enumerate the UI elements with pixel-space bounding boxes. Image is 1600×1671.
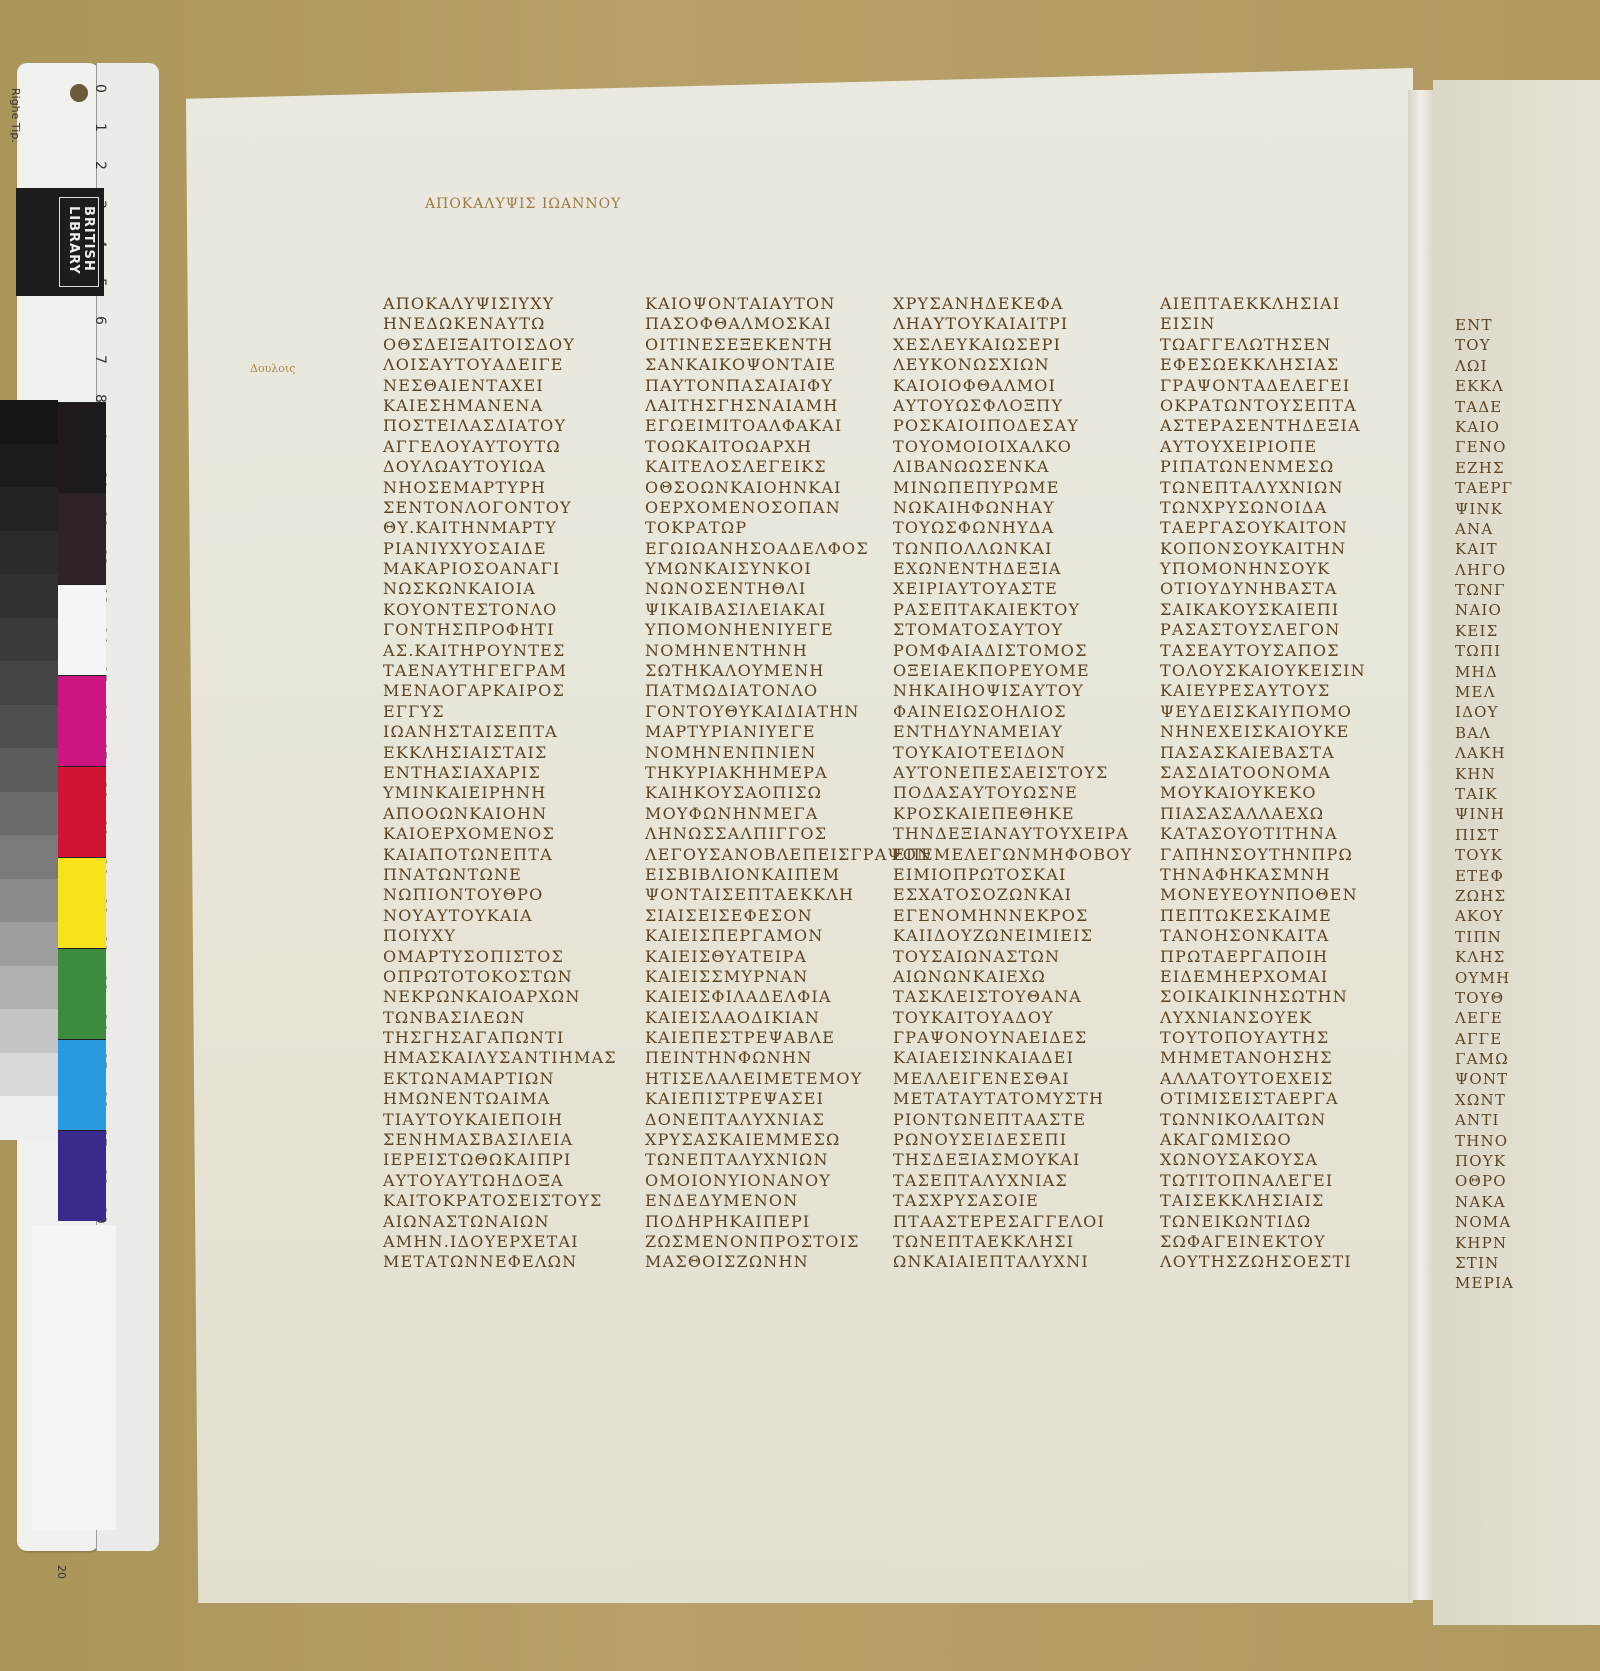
text-line: ΟΘΣΔΕΙΞΑΙΤΟΙΣΔΟΥ bbox=[383, 335, 623, 355]
text-line: ΧΕΣΛΕΥΚΑΙΩΣΕΡΙ bbox=[893, 335, 1133, 355]
text-line: ΟΙΤΙΝΕΣΕΞΕΚΕΝΤΗ bbox=[645, 335, 885, 355]
text-line: ΨΟΝΤΑΙΣΕΠΤΑΕΚΚΛΗ bbox=[645, 885, 885, 905]
text-column-2: ΚΑΙΟΨΟΝΤΑΙΑΥΤΟΝΠΑΣΟΦΘΑΛΜΟΣΚΑΙΟΙΤΙΝΕΣΕΞΕΚ… bbox=[645, 294, 885, 1273]
text-line: ΛΗΑΥΤΟΥΚΑΙΑΙΤΡΙ bbox=[893, 314, 1133, 334]
text-line: ΕΝΤ bbox=[1455, 315, 1600, 335]
text-line: ΟΕΡΧΟΜΕΝΟΣΟΠΑΝ bbox=[645, 498, 885, 518]
text-line: ΛΟΥΤΗΣΖΩΗΣΟΕΣΤΙ bbox=[1160, 1252, 1400, 1272]
text-line: ΕΓΩΙΩΑΝΗΣΟΑΔΕΛΦΟΣ bbox=[645, 539, 885, 559]
text-line: ΛΕΓΟΥΣΑΝΟΒΛΕΠΕΙΣΓΡΑΨΟΝ bbox=[645, 845, 885, 865]
text-line: ΛΙΒΑΝΩΩΣΕΝΚΑ bbox=[893, 457, 1133, 477]
text-line: ΤΩΝΒΑΣΙΛΕΩΝ bbox=[383, 1008, 623, 1028]
text-line: ΑΚΑΓΩΜΙΣΩΟ bbox=[1160, 1130, 1400, 1150]
color-patch bbox=[58, 1130, 106, 1221]
ruler-hole bbox=[70, 84, 88, 102]
color-patch bbox=[58, 493, 106, 584]
text-line: ΑΥΤΟΝΕΠΕΣΑΕΙΣΤΟΥΣ bbox=[893, 763, 1133, 783]
text-line: ΟΞΕΙΑΕΚΠΟΡΕΥΟΜΕ bbox=[893, 661, 1133, 681]
text-line: ΣΤΟΜΑΤΟΣΑΥΤΟΥ bbox=[893, 620, 1133, 640]
text-line: ΤΑΣΚΛΕΙΣΤΟΥΘΑΝΑ bbox=[893, 987, 1133, 1007]
text-line: ΨΙΝΗ bbox=[1455, 804, 1600, 824]
text-line: ΠΕΠΤΩΚΕΣΚΑΙΜΕ bbox=[1160, 906, 1400, 926]
ruler-bottom-mark: 20 bbox=[55, 1565, 68, 1579]
text-line: ΕΚΚΛΗΣΙΑΙΣΤΑΙΣ bbox=[383, 743, 623, 763]
text-line: ΤΟΛΟΥΣΚΑΙΟΥΚΕΙΣΙΝ bbox=[1160, 661, 1400, 681]
text-line: ΤΟΥ bbox=[1455, 335, 1600, 355]
text-line: ΕΠΕΜΕΛΕΓΩΝΜΗΦΟΒΟΥ bbox=[893, 845, 1133, 865]
text-line: ΣΤΙΝ bbox=[1455, 1253, 1600, 1273]
text-line: ΝΕΚΡΩΝΚΑΙΟΑΡΧΩΝ bbox=[383, 987, 623, 1007]
ruler-mark: 6 bbox=[92, 316, 108, 325]
text-line: ΗΤΙΣΕΛΑΛΕΙΜΕΤΕΜΟΥ bbox=[645, 1069, 885, 1089]
text-line: ΠΑΥΤΟΝΠΑΣΑΙΑΙΦΥ bbox=[645, 376, 885, 396]
text-line: ΕΙΣΒΙΒΛΙΟΝΚΑΙΠΕΜ bbox=[645, 865, 885, 885]
text-line: ΤΩΝΠΟΛΛΩΝΚΑΙ bbox=[893, 539, 1133, 559]
text-line: ΑΣ.ΚΑΙΤΗΡΟΥΝΤΕΣ bbox=[383, 641, 623, 661]
text-line: ΒΑΛ bbox=[1455, 723, 1600, 743]
text-line: ΨΟΝΤ bbox=[1455, 1069, 1600, 1089]
text-line: ΤΗΝΟ bbox=[1455, 1131, 1600, 1151]
text-line: ΠΑΣΑΣΚΑΙΕΒΑΣΤΑ bbox=[1160, 743, 1400, 763]
text-line: ΛΗΝΩΣΣΑΛΠΙΓΓΟΣ bbox=[645, 824, 885, 844]
text-line: ΠΟΔΑΣΑΥΤΟΥΩΣΝΕ bbox=[893, 783, 1133, 803]
text-line: ΕΤΕΦ bbox=[1455, 866, 1600, 886]
text-line: ΤΗΣΓΗΣΑΓΑΠΩΝΤΙ bbox=[383, 1028, 623, 1048]
text-line: ΤΩΝΓ bbox=[1455, 580, 1600, 600]
grayscale-chart bbox=[0, 400, 58, 1140]
text-line: ΚΑΙΕΙΣΠΕΡΓΑΜΟΝ bbox=[645, 926, 885, 946]
gray-patch bbox=[0, 792, 58, 836]
text-line: ΝΩΠΙΟΝΤΟΥΘΡΟ bbox=[383, 885, 623, 905]
gray-patch bbox=[0, 661, 58, 705]
ruler-mark: 2 bbox=[92, 161, 108, 170]
text-line: ΛΑΚΗ bbox=[1455, 743, 1600, 763]
british-library-badge: BRITISH LIBRARY bbox=[16, 188, 104, 296]
text-line: ΟΘΣΟΩΝΚΑΙΟΗΝΚΑΙ bbox=[645, 478, 885, 498]
text-line: ΤΑΙΣΕΚΚΛΗΣΙΑΙΣ bbox=[1160, 1191, 1400, 1211]
text-line: ΥΠΟΜΟΝΗΝΣΟΥΚ bbox=[1160, 559, 1400, 579]
facing-page-column: ΕΝΤΤΟΥΛΩΙΕΚΚΛΤΑΔΕΚΑΙΟΓΕΝΟΕΖΗΣΤΑΕΡΓΨΙΝΚΑΝ… bbox=[1455, 315, 1600, 1294]
text-line: ΚΑΙΕΙΣΘΥΑΤΕΙΡΑ bbox=[645, 947, 885, 967]
text-line: ΜΙΝΩΠΕΠΥΡΩΜΕ bbox=[893, 478, 1133, 498]
text-line: ΧΩΝΤ bbox=[1455, 1090, 1600, 1110]
text-line: ΡΙΟΝΤΩΝΕΠΤΑΑΣΤΕ bbox=[893, 1110, 1133, 1130]
text-line: ΚΑΙΟ bbox=[1455, 417, 1600, 437]
text-line: ΤΩΝΕΙΚΩΝΤΙΔΩ bbox=[1160, 1212, 1400, 1232]
text-line: ΚΕΙΣ bbox=[1455, 621, 1600, 641]
text-line: ΤΟΥΩΣΦΩΝΗΥΔΑ bbox=[893, 518, 1133, 538]
text-line: ΝΟΜΗΝΕΝΠΝΙΕΝ bbox=[645, 743, 885, 763]
text-line: ΑΙΩΝΑΣΤΩΝΑΙΩΝ bbox=[383, 1212, 623, 1232]
text-line: ΧΩΝΟΥΣΑΚΟΥΣΑ bbox=[1160, 1150, 1400, 1170]
text-line: ΚΑΙΕΥΡΕΣΑΥΤΟΥΣ bbox=[1160, 681, 1400, 701]
text-line: ΑΥΤΟΥΩΣΦΛΟΞΠΥ bbox=[893, 396, 1133, 416]
text-line: ΤΗΝΑΦΗΚΑΣΜΝΗ bbox=[1160, 865, 1400, 885]
text-line: ΕΓΩΕΙΜΙΤΟΑΛΦΑΚΑΙ bbox=[645, 416, 885, 436]
text-line: ΤΙΠΝ bbox=[1455, 927, 1600, 947]
text-line: ΡΙΠΑΤΩΝΕΝΜΕΣΩ bbox=[1160, 457, 1400, 477]
text-line: ΛΩΙ bbox=[1455, 356, 1600, 376]
text-line: ΜΕΡΙΑ bbox=[1455, 1273, 1600, 1293]
text-line: ΡΑΣΑΣΤΟΥΣΛΕΓΟΝ bbox=[1160, 620, 1400, 640]
text-line: ΜΕΛ bbox=[1455, 682, 1600, 702]
text-line: ΚΑΙΕΠΕΣΤΡΕΨΑΒΛΕ bbox=[645, 1028, 885, 1048]
text-line: ΧΡΥΣΑΝΗΔΕΚΕΦΑ bbox=[893, 294, 1133, 314]
text-line: ΛΕΓΕ bbox=[1455, 1008, 1600, 1028]
text-line: ΣΩΦΑΓΕΙΝΕΚΤΟΥ bbox=[1160, 1232, 1400, 1252]
ruler-mark: 7 bbox=[92, 355, 108, 364]
color-patch bbox=[58, 675, 106, 766]
text-line: ΑΠΟΟΩΝΚΑΙΟΗΝ bbox=[383, 804, 623, 824]
text-line: ΣΕΝΤΟΝΛΟΓΟΝΤΟΥ bbox=[383, 498, 623, 518]
text-line: ΤΩΝΕΠΤΑΛΥΧΝΙΩΝ bbox=[645, 1150, 885, 1170]
text-line: ΚΑΙΤΕΛΟΣΛΕΓΕΙΚΣ bbox=[645, 457, 885, 477]
gray-patch bbox=[0, 1009, 58, 1053]
text-line: ΣΑΣΔΙΑΤΟΟΝΟΜΑ bbox=[1160, 763, 1400, 783]
color-patch bbox=[58, 584, 106, 675]
text-line: ΡΙΑΝΙΥΧΥΟΣΑΙΔΕ bbox=[383, 539, 623, 559]
text-line: ΥΜΩΝΚΑΙΣΥΝΚΟΙ bbox=[645, 559, 885, 579]
text-line: ΠΙΣΤ bbox=[1455, 825, 1600, 845]
text-line: ΜΑΡΤΥΡΙΑΝΙΥΕΓΕ bbox=[645, 722, 885, 742]
text-line: ΚΑΙΕΠΙΣΤΡΕΨΑΣΕΙ bbox=[645, 1089, 885, 1109]
text-line: ΤΟΚΡΑΤΩΡ bbox=[645, 518, 885, 538]
text-line: ΩΝΚΑΙΑΙΕΠΤΑΛΥΧΝΙ bbox=[893, 1252, 1133, 1272]
text-line: ΙΕΡΕΙΣΤΩΘΩΚΑΙΠΡΙ bbox=[383, 1150, 623, 1170]
text-line: ΡΑΣΕΠΤΑΚΑΙΕΚΤΟΥ bbox=[893, 600, 1133, 620]
text-line: ΝΕΣΘΑΙΕΝΤΑΧΕΙ bbox=[383, 376, 623, 396]
text-line: ΤΩΝΝΙΚΟΛΑΙΤΩΝ bbox=[1160, 1110, 1400, 1130]
text-line: ΠΑΣΟΦΘΑΛΜΟΣΚΑΙ bbox=[645, 314, 885, 334]
running-title: ΑΠΟΚΑΛΥΨΙΣ ΙΩΑΝΝΟΥ bbox=[425, 196, 621, 212]
text-line: ΟΚΡΑΤΩΝΤΟΥΣΕΠΤΑ bbox=[1160, 396, 1400, 416]
ruler-secondary-label: Righe Tip. bbox=[9, 88, 22, 143]
text-line: ΔΟΥΛΩΑΥΤΟΥΙΩΑ bbox=[383, 457, 623, 477]
text-line: ΠΟΙΥΧΥ bbox=[383, 926, 623, 946]
text-line: ΤΟΥΣΑΙΩΝΑΣΤΩΝ bbox=[893, 947, 1133, 967]
text-line: ΕΖΗΣ bbox=[1455, 458, 1600, 478]
text-line: ΜΑΚΑΡΙΟΣΟΑΝΑΓΙ bbox=[383, 559, 623, 579]
text-line: ΕΝΔΕΔΥΜΕΝΟΝ bbox=[645, 1191, 885, 1211]
text-line: ΜΕΝΑΟΓΑΡΚΑΙΡΟΣ bbox=[383, 681, 623, 701]
text-line: ΠΟΔΗΡΗΚΑΙΠΕΡΙ bbox=[645, 1212, 885, 1232]
text-line: ΛΑΙΤΗΣΓΗΣΝΑΙΑΜΗ bbox=[645, 396, 885, 416]
text-line: ΓΑΜΩ bbox=[1455, 1049, 1600, 1069]
gray-patch bbox=[0, 835, 58, 879]
text-line: ΣΙΑΙΣΕΙΣΕΦΕΣΟΝ bbox=[645, 906, 885, 926]
text-line: ΜΗΜΕΤΑΝΟΗΣΗΣ bbox=[1160, 1048, 1400, 1068]
text-line: ΤΑΕΡΓ bbox=[1455, 478, 1600, 498]
margin-note: Δουλοις bbox=[250, 362, 295, 375]
text-line: ΤΩΠΙ bbox=[1455, 641, 1600, 661]
text-line: ΡΟΜΦΑΙΑΔΙΣΤΟΜΟΣ bbox=[893, 641, 1133, 661]
gray-patch bbox=[0, 748, 58, 792]
text-line: ΤΟΥΚ bbox=[1455, 845, 1600, 865]
text-line: ΚΑΙΕΣΗΜΑΝΕΝΑ bbox=[383, 396, 623, 416]
text-line: ΕΝΤΗΔΥΝΑΜΕΙΑΥ bbox=[893, 722, 1133, 742]
text-line: ΕΧΩΝΕΝΤΗΔΕΞΙΑ bbox=[893, 559, 1133, 579]
text-line: ΚΑΙΑΕΙΣΙΝΚΑΙΑΔΕΙ bbox=[893, 1048, 1133, 1068]
text-line: ΨΙΝΚ bbox=[1455, 499, 1600, 519]
gray-patch bbox=[0, 618, 58, 662]
text-line: ΣΩΤΗΚΑΛΟΥΜΕΝΗ bbox=[645, 661, 885, 681]
color-patch bbox=[58, 402, 106, 493]
text-column-4: ΑΙΕΠΤΑΕΚΚΛΗΣΙΑΙΕΙΣΙΝΤΩΑΓΓΕΛΩΤΗΣΕΝΕΦΕΣΩΕΚ… bbox=[1160, 294, 1400, 1273]
text-line: ΕΓΓΥΣ bbox=[383, 702, 623, 722]
text-line: ΤΙΑΥΤΟΥΚΑΙΕΠΟΙΗ bbox=[383, 1110, 623, 1130]
text-line: ΠΤΑΑΣΤΕΡΕΣΑΓΓΕΛΟΙ bbox=[893, 1212, 1133, 1232]
text-line: ΟΤΙΟΥΔΥΝΗΒΑΣΤΑ bbox=[1160, 579, 1400, 599]
text-line: ΑΙΩΝΩΝΚΑΙΕΧΩ bbox=[893, 967, 1133, 987]
text-line: ΤΟΥΚΑΙΤΟΥΑΔΟΥ bbox=[893, 1008, 1133, 1028]
text-line: ΚΑΙΑΠΟΤΩΝΕΠΤΑ bbox=[383, 845, 623, 865]
text-line: ΤΩΝΕΠΤΑΛΥΧΝΙΩΝ bbox=[1160, 478, 1400, 498]
text-line: ΑΠΟΚΑΛΥΨΙΣΙΥΧΥ bbox=[383, 294, 623, 314]
text-line: ΣΑΝΚΑΙΚΟΨΟΝΤΑΙΕ bbox=[645, 355, 885, 375]
ruler-mark: 1 bbox=[92, 123, 108, 132]
text-line: ΑΜΗΝ.ΙΔΟΥΕΡΧΕΤΑΙ bbox=[383, 1232, 623, 1252]
text-line: ΗΜΩΝΕΝΤΩΑΙΜΑ bbox=[383, 1089, 623, 1109]
text-line: ΝΩΝΟΣΕΝΤΗΘΛΙ bbox=[645, 579, 885, 599]
text-line: ΠΙΑΣΑΣΑΛΛΑΕΧΩ bbox=[1160, 804, 1400, 824]
text-line: ΕΚΤΩΝΑΜΑΡΤΙΩΝ bbox=[383, 1069, 623, 1089]
text-line: ΜΗΔ bbox=[1455, 662, 1600, 682]
text-line: ΚΑΙΟΕΡΧΟΜΕΝΟΣ bbox=[383, 824, 623, 844]
text-line: ΚΑΙΕΙΣΛΑΟΔΙΚΙΑΝ bbox=[645, 1008, 885, 1028]
text-line: ΝΑΙΟ bbox=[1455, 600, 1600, 620]
text-line: ΝΩΚΑΙΗΦΩΝΗΑΥ bbox=[893, 498, 1133, 518]
text-line: ΠΕΙΝΤΗΝΦΩΝΗΝ bbox=[645, 1048, 885, 1068]
text-line: ΑΛΛΑΤΟΥΤΟΕΧΕΙΣ bbox=[1160, 1069, 1400, 1089]
gray-patch bbox=[0, 574, 58, 618]
text-line: ΣΑΙΚΑΚΟΥΣΚΑΙΕΠΙ bbox=[1160, 600, 1400, 620]
text-line: ΛΕΥΚΟΝΩΣΧΙΩΝ bbox=[893, 355, 1133, 375]
text-line: ΝΟΜΑ bbox=[1455, 1212, 1600, 1232]
text-line: ΕΝΤΗΑΣΙΑΧΑΡΙΣ bbox=[383, 763, 623, 783]
text-line: ΚΑΙΙΔΟΥΖΩΝΕΙΜΙΕΙΣ bbox=[893, 926, 1133, 946]
gray-patch bbox=[0, 922, 58, 966]
text-line: ΓΡΑΨΟΝΤΑΔΕΛΕΓΕΙ bbox=[1160, 376, 1400, 396]
text-line: ΑΙΕΠΤΑΕΚΚΛΗΣΙΑΙ bbox=[1160, 294, 1400, 314]
text-line: ΚΑΙΤΟΚΡΑΤΟΣΕΙΣΤΟΥΣ bbox=[383, 1191, 623, 1211]
text-line: ΝΗΟΣΕΜΑΡΤΥΡΗ bbox=[383, 478, 623, 498]
gray-patch bbox=[0, 444, 58, 488]
badge-text: BRITISH LIBRARY bbox=[66, 206, 96, 296]
text-line: ΤΗΝΔΕΞΙΑΝΑΥΤΟΥΧΕΙΡΑ bbox=[893, 824, 1133, 844]
text-line: ΥΠΟΜΟΝΗΕΝΙΥΕΓΕ bbox=[645, 620, 885, 640]
text-line: ΤΑΕΡΓΑΣΟΥΚΑΙΤΟΝ bbox=[1160, 518, 1400, 538]
text-line: ΝΟΥΑΥΤΟΥΚΑΙΑ bbox=[383, 906, 623, 926]
text-line: ΚΟΥΟΝΤΕΣΤΟΝΛΟ bbox=[383, 600, 623, 620]
text-line: ΤΑΣΕΑΥΤΟΥΣΑΠΟΣ bbox=[1160, 641, 1400, 661]
text-line: ΓΟΝΤΟΥΘΥΚΑΙΔΙΑΤΗΝ bbox=[645, 702, 885, 722]
text-line: ΕΣΧΑΤΟΣΟΖΩΝΚΑΙ bbox=[893, 885, 1133, 905]
text-line: ΤΩΝΧΡΥΣΩΝΟΙΔΑ bbox=[1160, 498, 1400, 518]
text-line: ΗΝΕΔΩΚΕΝΑΥΤΩ bbox=[383, 314, 623, 334]
text-line: ΟΤΙΜΙΣΕΙΣΤΑΕΡΓΑ bbox=[1160, 1089, 1400, 1109]
text-line: ΕΙΣΙΝ bbox=[1160, 314, 1400, 334]
text-line: ΣΟΙΚΑΙΚΙΝΗΣΩΤΗΝ bbox=[1160, 987, 1400, 1007]
text-line: ΜΟΥΚΑΙΟΥΚΕΚΟ bbox=[1160, 783, 1400, 803]
text-line: ΚΗΡΝ bbox=[1455, 1233, 1600, 1253]
text-line: ΤΟΩΚΑΙΤΟΩΑΡΧΗ bbox=[645, 437, 885, 457]
text-line: ΚΑΙΤ bbox=[1455, 539, 1600, 559]
text-line: ΑΣΤΕΡΑΣΕΝΤΗΔΕΞΙΑ bbox=[1160, 416, 1400, 436]
text-line: ΓΟΝΤΗΣΠΡΟΦΗΤΙ bbox=[383, 620, 623, 640]
text-line: ΤΑΕΝΑΥΤΗΓΕΓΡΑΜ bbox=[383, 661, 623, 681]
text-line: ΛΗΓΟ bbox=[1455, 560, 1600, 580]
text-line: ΕΙΔΕΜΗΕΡΧΟΜΑΙ bbox=[1160, 967, 1400, 987]
color-patch bbox=[58, 766, 106, 857]
text-line: ΡΩΝΟΥΣΕΙΔΕΣΕΠΙ bbox=[893, 1130, 1133, 1150]
text-line: ΓΕΝΟ bbox=[1455, 437, 1600, 457]
text-line: ΠΡΩΤΑΕΡΓΑΠΟΙΗ bbox=[1160, 947, 1400, 967]
text-line: ΘΥ.ΚΑΙΤΗΝΜΑΡΤΥ bbox=[383, 518, 623, 538]
text-line: ΣΕΝΗΜΑΣΒΑΣΙΛΕΙΑ bbox=[383, 1130, 623, 1150]
text-line: ΧΕΙΡΙΑΥΤΟΥΑΣΤΕ bbox=[893, 579, 1133, 599]
text-line: ΤΟΥΤΟΠΟΥΑΥΤΗΣ bbox=[1160, 1028, 1400, 1048]
text-line: ΕΙΜΙΟΠΡΩΤΟΣΚΑΙ bbox=[893, 865, 1133, 885]
text-line: ΟΘΡΟ bbox=[1455, 1171, 1600, 1191]
text-line: ΜΑΣΘΟΙΣΖΩΝΗΝ bbox=[645, 1252, 885, 1272]
text-line: ΜΕΤΑΤΩΝΝΕΦΕΛΩΝ bbox=[383, 1252, 623, 1272]
text-line: ΓΑΠΗΝΣΟΥΤΗΝΠΡΩ bbox=[1160, 845, 1400, 865]
text-line: ΤΩΑΓΓΕΛΩΤΗΣΕΝ bbox=[1160, 335, 1400, 355]
text-line: ΟΠΡΩΤΟΤΟΚΟΣΤΩΝ bbox=[383, 967, 623, 987]
text-line: ΖΩΣΜΕΝΟΝΠΡΟΣΤΟΙΣ bbox=[645, 1232, 885, 1252]
text-line: ΟΜΑΡΤΥΣΟΠΙΣΤΟΣ bbox=[383, 947, 623, 967]
gray-patch bbox=[0, 879, 58, 923]
text-line: ΚΑΤΑΣΟΥΟΤΙΤΗΝΑ bbox=[1160, 824, 1400, 844]
text-line: ΔΟΝΕΠΤΑΛΥΧΝΙΑΣ bbox=[645, 1110, 885, 1130]
text-line: ΤΟΥΟΜΟΙΟΙΧΑΛΚΟ bbox=[893, 437, 1133, 457]
text-line: ΚΗΝ bbox=[1455, 764, 1600, 784]
gray-patch bbox=[0, 531, 58, 575]
text-line: ΙΩΑΝΗΣΤΑΙΣΕΠΤΑ bbox=[383, 722, 623, 742]
text-line: ΙΔΟΥ bbox=[1455, 702, 1600, 722]
text-line: ΖΩΗΣ bbox=[1455, 886, 1600, 906]
text-line: ΕΦΕΣΩΕΚΚΛΗΣΙΑΣ bbox=[1160, 355, 1400, 375]
text-line: ΚΑΙΗΚΟΥΣΑΟΠΙΣΩ bbox=[645, 783, 885, 803]
text-line: ΤΟΥΚΑΙΟΤΕΕΙΔΟΝ bbox=[893, 743, 1133, 763]
text-line: ΤΗΚΥΡΙΑΚΗΗΜΕΡΑ bbox=[645, 763, 885, 783]
text-line: ΜΟΥΦΩΝΗΝΜΕΓΑ bbox=[645, 804, 885, 824]
text-column-1: ΑΠΟΚΑΛΥΨΙΣΙΥΧΥΗΝΕΔΩΚΕΝΑΥΤΩΟΘΣΔΕΙΞΑΙΤΟΙΣΔ… bbox=[383, 294, 623, 1273]
text-line: ΚΡΟΣΚΑΙΕΠΕΘΗΚΕ bbox=[893, 804, 1133, 824]
text-line: ΚΛΗΣ bbox=[1455, 947, 1600, 967]
color-patch bbox=[58, 1039, 106, 1130]
gray-patch bbox=[0, 487, 58, 531]
gray-patch bbox=[0, 705, 58, 749]
text-line: ΠΑΤΜΩΔΙΑΤΟΝΛΟ bbox=[645, 681, 885, 701]
text-line: ΡΟΣΚΑΙΟΙΠΟΔΕΣΑΥ bbox=[893, 416, 1133, 436]
text-line: ΚΑΙΟΨΟΝΤΑΙΑΥΤΟΝ bbox=[645, 294, 885, 314]
text-line: ΑΓΓΕΛΟΥΑΥΤΟΥΤΩ bbox=[383, 437, 623, 457]
text-line: ΤΑΝΟΗΣΟΝΚΑΙΤΑ bbox=[1160, 926, 1400, 946]
text-line: ΝΑΚΑ bbox=[1455, 1192, 1600, 1212]
text-line: ΤΑΙΚ bbox=[1455, 784, 1600, 804]
gray-patch bbox=[0, 966, 58, 1010]
text-line: ΑΝΑ bbox=[1455, 519, 1600, 539]
text-line: ΚΑΙΟΙΟΦΘΑΛΜΟΙ bbox=[893, 376, 1133, 396]
text-line: ΨΕΥΔΕΙΣΚΑΙΥΠΟΜΟ bbox=[1160, 702, 1400, 722]
text-line: ΛΥΧΝΙΑΝΣΟΥΕΚ bbox=[1160, 1008, 1400, 1028]
text-line: ΝΗΝΕΧΕΙΣΚΑΙΟΥΚΕ bbox=[1160, 722, 1400, 742]
text-line: ΠΝΑΤΩΝΤΩΝΕ bbox=[383, 865, 623, 885]
text-line: ΤΑΔΕ bbox=[1455, 397, 1600, 417]
text-line: ΚΟΠΟΝΣΟΥΚΑΙΤΗΝ bbox=[1160, 539, 1400, 559]
text-line: ΑΝΤΙ bbox=[1455, 1110, 1600, 1130]
text-column-3: ΧΡΥΣΑΝΗΔΕΚΕΦΑΛΗΑΥΤΟΥΚΑΙΑΙΤΡΙΧΕΣΛΕΥΚΑΙΩΣΕ… bbox=[893, 294, 1133, 1273]
text-line: ΚΑΙΕΙΣΣΜΥΡΝΑΝ bbox=[645, 967, 885, 987]
text-line: ΚΑΙΕΙΣΦΙΛΑΔΕΛΦΙΑ bbox=[645, 987, 885, 1007]
color-patch bbox=[58, 857, 106, 948]
color-patch bbox=[58, 948, 106, 1039]
gray-patch bbox=[0, 1096, 58, 1140]
text-line: ΧΡΥΣΑΣΚΑΙΕΜΜΕΣΩ bbox=[645, 1130, 885, 1150]
text-line: ΤΑΣΧΡΥΣΑΣΟΙΕ bbox=[893, 1191, 1133, 1211]
binding-gutter bbox=[1408, 90, 1433, 1600]
text-line: ΝΟΜΗΝΕΝΤΗΝΗ bbox=[645, 641, 885, 661]
text-line: ΗΜΑΣΚΑΙΛΥΣΑΝΤΙΗΜΑΣ bbox=[383, 1048, 623, 1068]
gray-patch bbox=[0, 1053, 58, 1097]
ruler-mark: 0 bbox=[92, 84, 108, 93]
text-line: ΠΟΥΚ bbox=[1455, 1151, 1600, 1171]
gray-patch bbox=[0, 400, 58, 444]
text-line: ΤΟΥΘ bbox=[1455, 988, 1600, 1008]
text-line: ΝΗΚΑΙΗΟΨΙΣΑΥΤΟΥ bbox=[893, 681, 1133, 701]
text-line: ΟΥΜΗ bbox=[1455, 968, 1600, 988]
text-line: ΑΚΟΥ bbox=[1455, 906, 1600, 926]
text-line: ΜΕΤΑΤΑΥΤΑΤΟΜΥΣΤΗ bbox=[893, 1089, 1133, 1109]
text-line: ΤΑΣΕΠΤΑΛΥΧΝΙΑΣ bbox=[893, 1171, 1133, 1191]
color-chart bbox=[58, 402, 106, 1221]
text-line: ΤΗΣΔΕΞΙΑΣΜΟΥΚΑΙ bbox=[893, 1150, 1133, 1170]
text-line: ΛΟΙΣΑΥΤΟΥΑΔΕΙΓΕ bbox=[383, 355, 623, 375]
text-line: ΓΡΑΨΟΝΟΥΝΑΕΙΔΕΣ bbox=[893, 1028, 1133, 1048]
text-line: ΤΩΝΕΠΤΑΕΚΚΛΗΣΙ bbox=[893, 1232, 1133, 1252]
text-line: ΕΚΚΛ bbox=[1455, 376, 1600, 396]
ruler-white-tab bbox=[32, 1225, 116, 1530]
text-line: ΑΥΤΟΥΧΕΙΡΙΟΠΕ bbox=[1160, 437, 1400, 457]
text-line: ΜΕΛΛΕΙΓΕΝΕΣΘΑΙ bbox=[893, 1069, 1133, 1089]
text-line: ΠΟΣΤΕΙΛΑΣΔΙΑΤΟΥ bbox=[383, 416, 623, 436]
text-line: ΑΥΤΟΥΑΥΤΩΗΔΟΞΑ bbox=[383, 1171, 623, 1191]
text-line: ΑΓΓΕ bbox=[1455, 1029, 1600, 1049]
text-line: ΤΩΤΙΤΟΠΝΑΛΕΓΕΙ bbox=[1160, 1171, 1400, 1191]
text-line: ΦΑΙΝΕΙΩΣΟΗΛΙΟΣ bbox=[893, 702, 1133, 722]
text-line: ΕΓΕΝΟΜΗΝΝΕΚΡΟΣ bbox=[893, 906, 1133, 926]
text-line: ΟΜΟΙΟΝΥΙΟΝΑΝΟΥ bbox=[645, 1171, 885, 1191]
text-line: ΥΜΙΝΚΑΙΕΙΡΗΝΗ bbox=[383, 783, 623, 803]
text-line: ΜΟΝΕΥΕΟΥΝΠΟΘΕΝ bbox=[1160, 885, 1400, 905]
text-line: ΝΩΣΚΩΝΚΑΙΟΙΑ bbox=[383, 579, 623, 599]
text-line: ΨΙΚΑΙΒΑΣΙΛΕΙΑΚΑΙ bbox=[645, 600, 885, 620]
